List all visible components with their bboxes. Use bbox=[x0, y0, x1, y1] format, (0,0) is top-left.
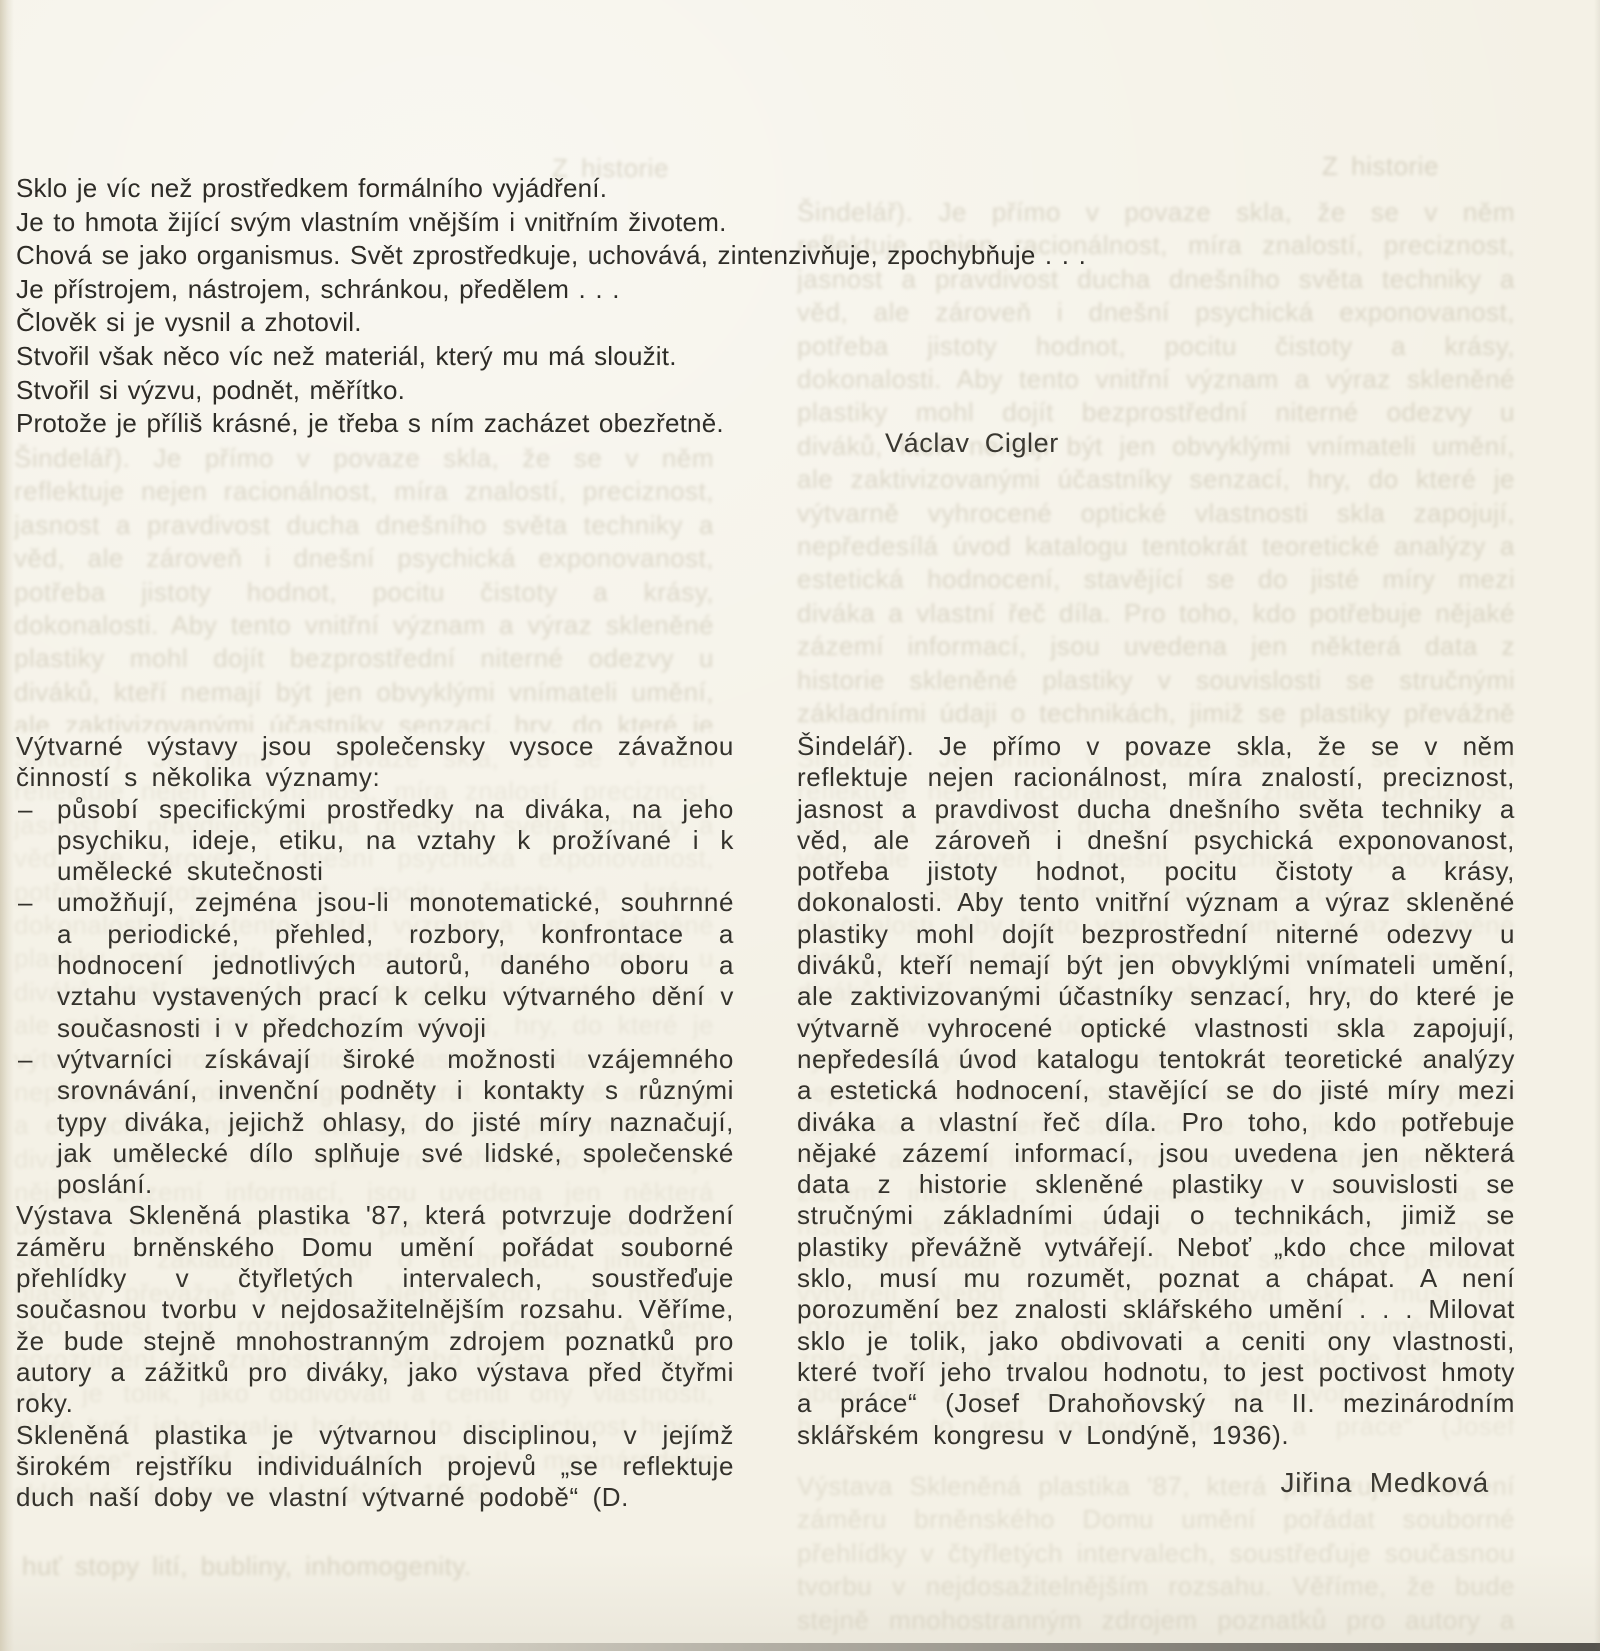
epigraph-line: Stvořil však něco víc než materiál, kter… bbox=[16, 340, 1166, 374]
intro-paragraph: Výtvarné výstavy jsou společensky vysoce… bbox=[16, 731, 734, 794]
bleedthrough-text: Šindelář). Je přímo v povaze skla, že se… bbox=[14, 442, 714, 732]
bullet-text: působí specifickými prostředky na diváka… bbox=[57, 794, 734, 887]
page-edge-bottom bbox=[0, 1643, 1600, 1651]
body-paragraph: Šindelář). Je přímo v povaze skla, že se… bbox=[797, 731, 1515, 1451]
bullet-dash: – bbox=[18, 887, 33, 918]
epigraph-attribution: Václav Cigler bbox=[885, 428, 1059, 459]
bleedthrough-fragment: huť stopy lití, bubliny, inhomogenity. bbox=[22, 1550, 472, 1583]
bleedthrough-heading: Z historie bbox=[1322, 150, 1439, 183]
epigraph-line: Sklo je víc než prostředkem formálního v… bbox=[16, 172, 1166, 206]
bullet-item: – působí specifickými prostředky na divá… bbox=[16, 794, 734, 888]
bullet-item: – umožňují, zejména jsou-li monotematick… bbox=[16, 887, 734, 1043]
bullet-dash: – bbox=[18, 1044, 33, 1075]
signature: Jiřina Medková bbox=[797, 1467, 1515, 1498]
bullet-text: výtvarníci získávají široké možnosti vzá… bbox=[57, 1044, 734, 1199]
right-column: Šindelář). Je přímo v povaze skla, že se… bbox=[797, 731, 1515, 1498]
page-edge-right bbox=[1594, 0, 1600, 1651]
epigraph: Sklo je víc než prostředkem formálního v… bbox=[16, 172, 1166, 441]
bullet-list: – působí specifickými prostředky na divá… bbox=[16, 794, 734, 1201]
epigraph-line: Chová se jako organismus. Svět zprostřed… bbox=[16, 239, 1166, 273]
bullet-dash: – bbox=[18, 794, 33, 825]
paragraph: Výstava Skleněná plastika '87, která pot… bbox=[16, 1200, 734, 1419]
epigraph-line: Stvořil si výzvu, podnět, měřítko. bbox=[16, 374, 1166, 408]
scanned-page: Z historie Z historie Šindelář). Je přím… bbox=[0, 0, 1600, 1651]
epigraph-line: Člověk si je vysnil a zhotovil. bbox=[16, 306, 1166, 340]
page-edge-left bbox=[0, 0, 14, 1651]
epigraph-line: Je přístrojem, nástrojem, schránkou, pře… bbox=[16, 273, 1166, 307]
left-column: Výtvarné výstavy jsou společensky vysoce… bbox=[16, 731, 734, 1513]
paragraph: Skleněná plastika je výtvarnou disciplin… bbox=[16, 1420, 734, 1514]
epigraph-line: Je to hmota žijící svým vlastním vnějším… bbox=[16, 206, 1166, 240]
bullet-text: umožňují, zejména jsou-li monotematické,… bbox=[57, 887, 734, 1042]
bullet-item: – výtvarníci získávají široké možnosti v… bbox=[16, 1044, 734, 1200]
